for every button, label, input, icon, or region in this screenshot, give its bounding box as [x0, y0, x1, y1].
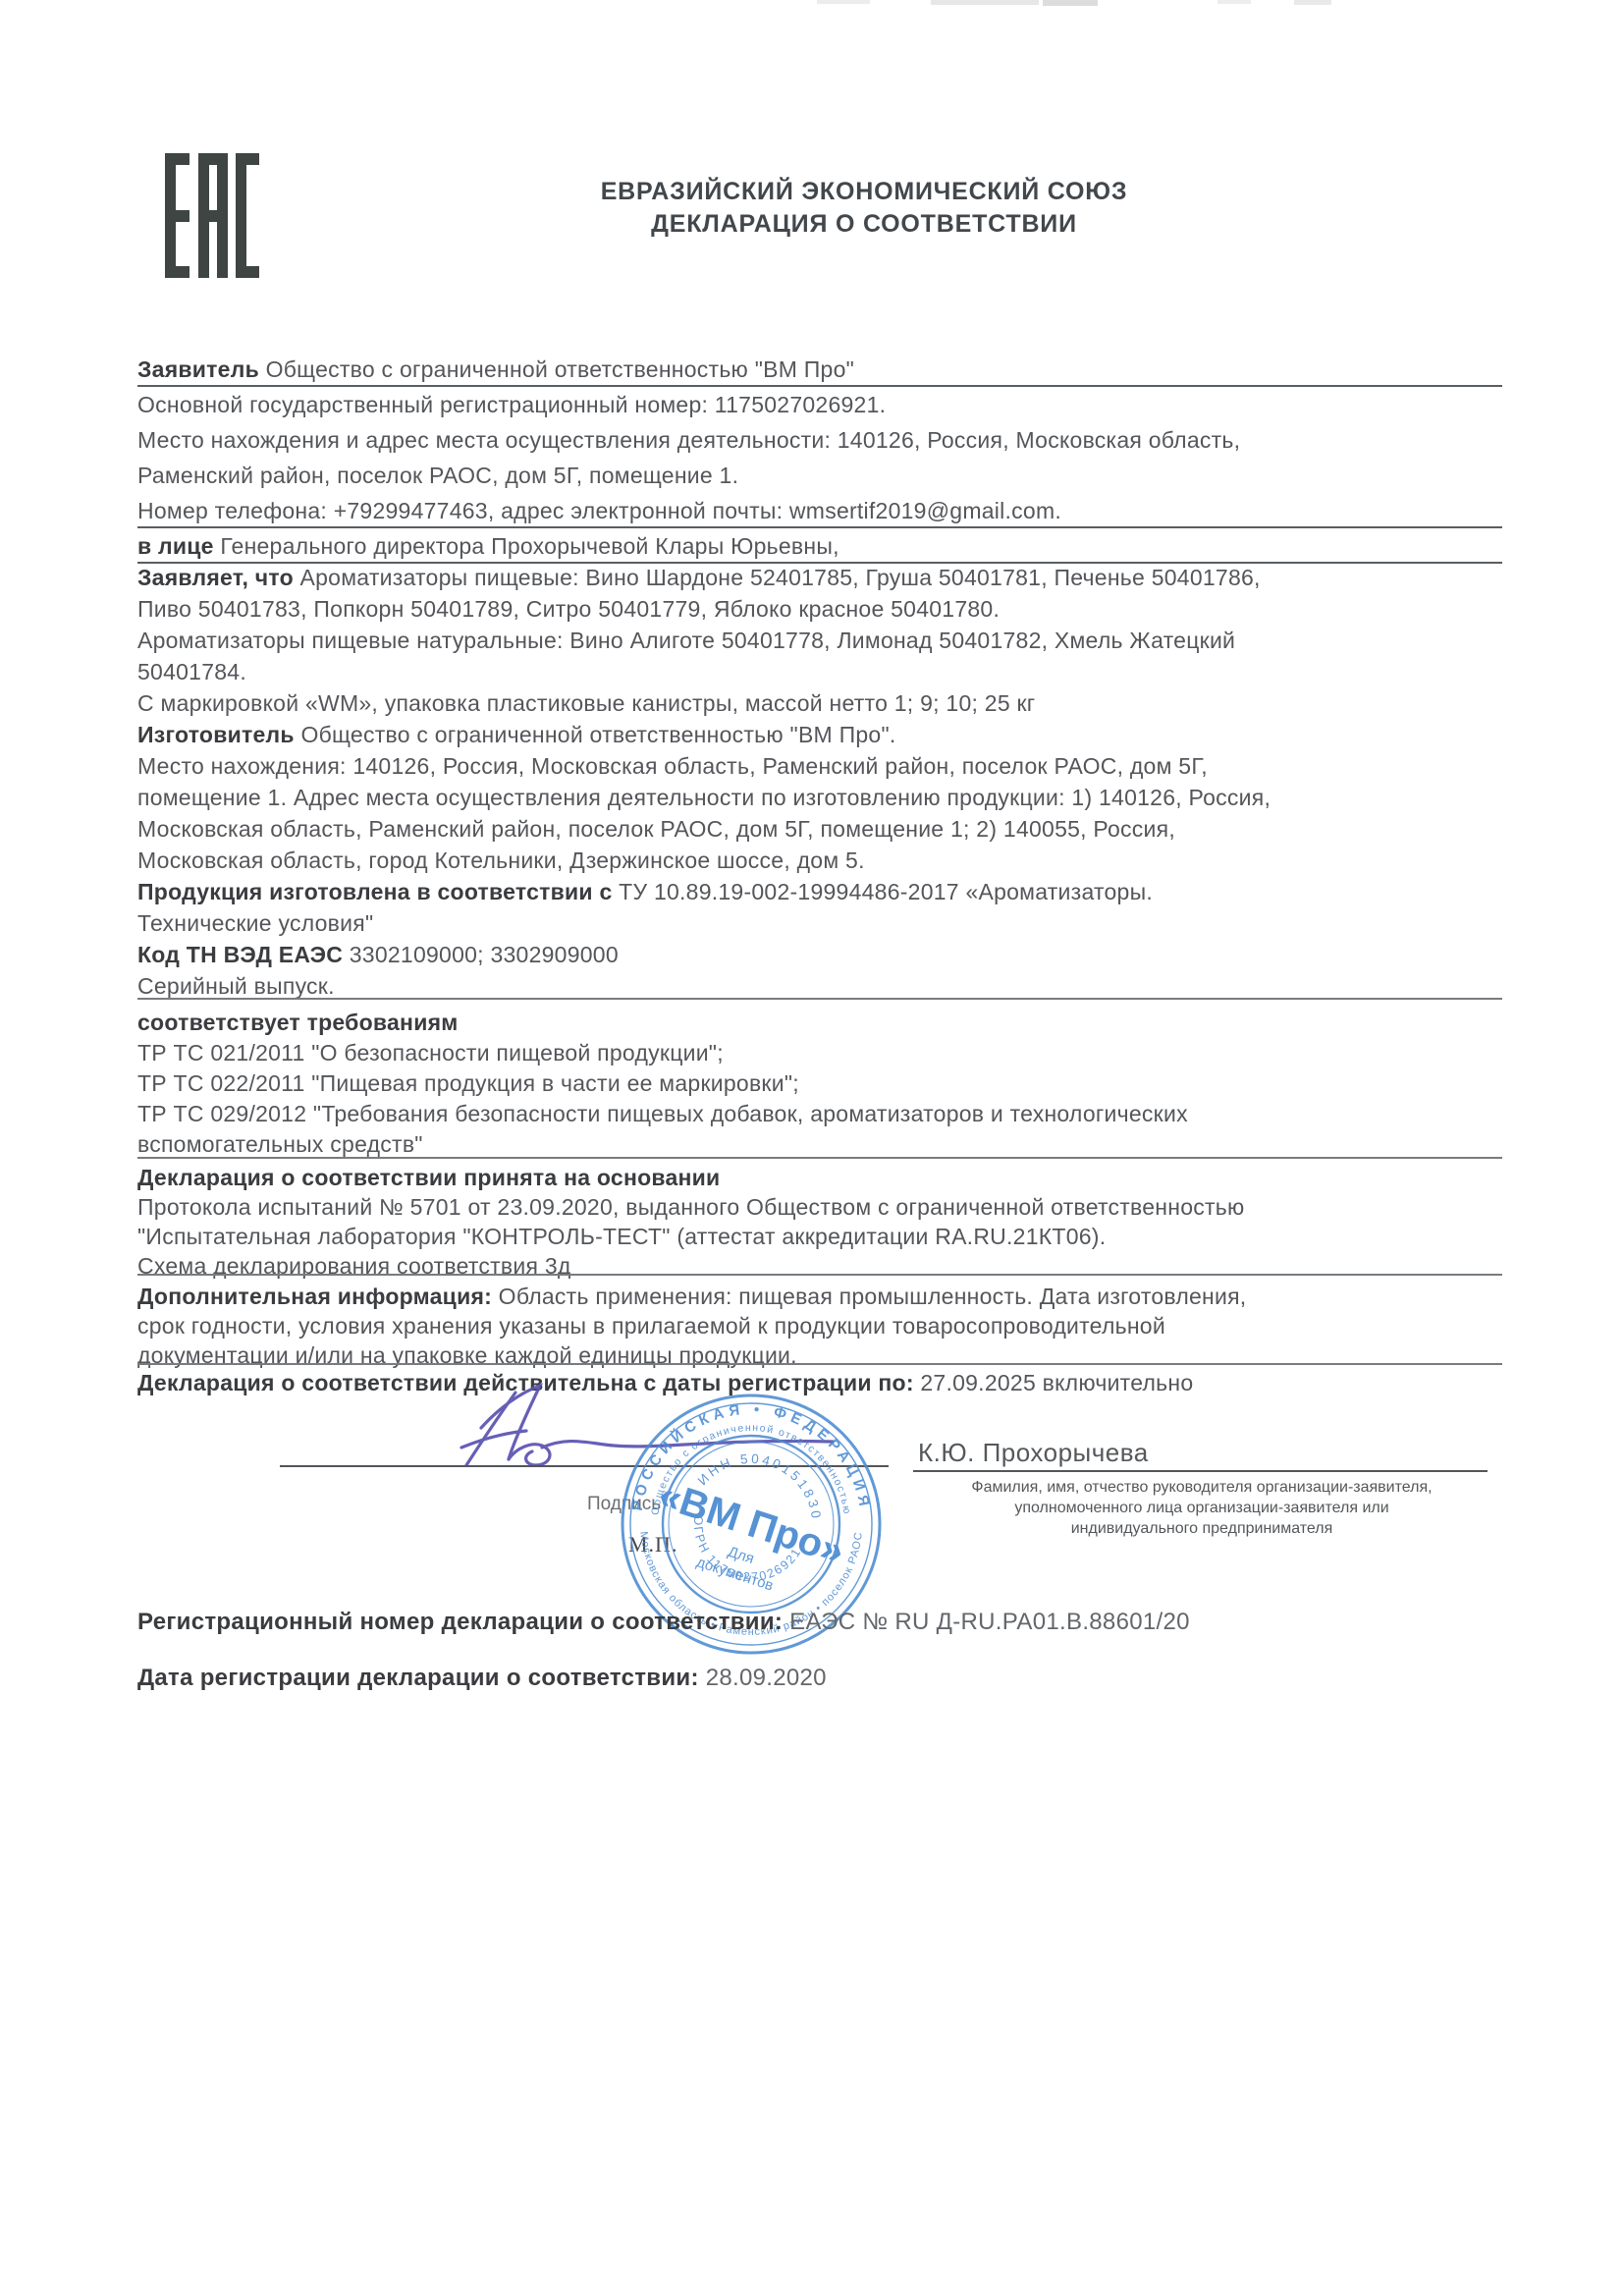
- section-divider: [137, 1157, 1502, 1159]
- text-line: Раменский район, поселок РАОС, дом 5Г, п…: [137, 458, 1502, 493]
- text-line: Декларация о соответствии принята на осн…: [137, 1163, 1502, 1192]
- eac-logo: [165, 153, 259, 278]
- section-divider: [137, 1274, 1502, 1276]
- text-line: Основной государственный регистрационный…: [137, 387, 1502, 422]
- text-line: соответствует требованиям: [137, 1008, 1502, 1038]
- text-line: срок годности, условия хранения указаны …: [137, 1311, 1502, 1340]
- caption-line: Фамилия, имя, отчество руководителя орга…: [913, 1477, 1490, 1498]
- text-line: помещение 1. Адрес места осуществления д…: [137, 782, 1502, 813]
- text-line: Московская область, Раменский район, пос…: [137, 813, 1502, 845]
- registration-number-value: ЕАЭС № RU Д-RU.РА01.В.88601/20: [783, 1609, 1190, 1635]
- title-line-2: ДЕКЛАРАЦИЯ О СООТВЕТСТВИИ: [295, 208, 1434, 241]
- text-line: Протокола испытаний № 5701 от 23.09.2020…: [137, 1192, 1502, 1222]
- section-requirements: соответствует требованиямТР ТС 021/2011 …: [137, 1008, 1502, 1160]
- caption-line: индивидуального предпринимателя: [913, 1518, 1490, 1539]
- registration-number-label: Регистрационный номер декларации о соотв…: [137, 1609, 783, 1635]
- section-basis: Декларация о соответствии принята на осн…: [137, 1163, 1502, 1281]
- text-line: Технические условия": [137, 907, 1502, 939]
- text-line: Код ТН ВЭД ЕАЭС 3302109000; 3302909000: [137, 939, 1502, 970]
- text-line: Продукция изготовлена в соответствии с Т…: [137, 876, 1502, 907]
- signer-name-line: [913, 1470, 1488, 1472]
- text-line: Дополнительная информация: Область приме…: [137, 1282, 1502, 1311]
- declaration-document-page: ЕВРАЗИЙСКИЙ ЭКОНОМИЧЕСКИЙ СОЮЗ ДЕКЛАРАЦИ…: [0, 0, 1623, 2296]
- signer-name-caption: Фамилия, имя, отчество руководителя орга…: [913, 1477, 1490, 1539]
- scan-artifact: [1294, 0, 1331, 5]
- registration-date-value: 28.09.2020: [699, 1665, 827, 1691]
- text-line: Заявляет, что Ароматизаторы пищевые: Вин…: [137, 562, 1502, 593]
- text-line: Пиво 50401783, Попкорн 50401789, Ситро 5…: [137, 593, 1502, 625]
- text-line: ТР ТС 022/2011 "Пищевая продукция в част…: [137, 1068, 1502, 1099]
- text-line: "Испытательная лаборатория "КОНТРОЛЬ-ТЕС…: [137, 1222, 1502, 1251]
- scan-artifact: [1043, 0, 1098, 6]
- scan-artifact: [1217, 0, 1251, 4]
- text-line: Московская область, город Котельники, Дз…: [137, 845, 1502, 876]
- text-line: Схема декларирования соответствия 3д: [137, 1251, 1502, 1281]
- registration-date-line: Дата регистрации декларации о соответств…: [137, 1665, 827, 1692]
- text-line: 50401784.: [137, 656, 1502, 687]
- text-line: в лице Генерального директора Прохорычев…: [137, 528, 1502, 564]
- text-line: Номер телефона: +79299477463, адрес элек…: [137, 493, 1502, 528]
- registration-date-label: Дата регистрации декларации о соответств…: [137, 1665, 699, 1691]
- text-line: С маркировкой «WM», упаковка пластиковые…: [137, 687, 1502, 719]
- text-line: документации и/или на упаковке каждой ед…: [137, 1340, 1502, 1370]
- section-additional-info: Дополнительная информация: Область приме…: [137, 1282, 1502, 1370]
- section-divider: [137, 998, 1502, 1000]
- scan-artifact: [817, 0, 870, 4]
- title-line-1: ЕВРАЗИЙСКИЙ ЭКОНОМИЧЕСКИЙ СОЮЗ: [295, 176, 1434, 208]
- text-line: Ароматизаторы пищевые натуральные: Вино …: [137, 625, 1502, 656]
- text-line: Место нахождения: 140126, Россия, Москов…: [137, 750, 1502, 782]
- section-divider: [137, 1363, 1502, 1365]
- text-line: Место нахождения и адрес места осуществл…: [137, 422, 1502, 458]
- text-line: вспомогательных средств": [137, 1129, 1502, 1160]
- caption-line: уполномоченного лица организации-заявите…: [913, 1498, 1490, 1518]
- text-line: Изготовитель Общество с ограниченной отв…: [137, 719, 1502, 750]
- text-line: Заявитель Общество с ограниченной ответс…: [137, 352, 1502, 387]
- document-title: ЕВРАЗИЙСКИЙ ЭКОНОМИЧЕСКИЙ СОЮЗ ДЕКЛАРАЦИ…: [295, 176, 1434, 241]
- registration-number-line: Регистрационный номер декларации о соотв…: [137, 1609, 1190, 1636]
- section-declaration-subject: Заявляет, что Ароматизаторы пищевые: Вин…: [137, 562, 1502, 1002]
- text-line: ТР ТС 021/2011 "О безопасности пищевой п…: [137, 1038, 1502, 1068]
- signer-name: К.Ю. Прохорычева: [918, 1438, 1149, 1468]
- section-applicant: Заявитель Общество с ограниченной ответс…: [137, 352, 1502, 564]
- scan-artifact: [931, 0, 1039, 5]
- text-line: ТР ТС 029/2012 "Требования безопасности …: [137, 1099, 1502, 1129]
